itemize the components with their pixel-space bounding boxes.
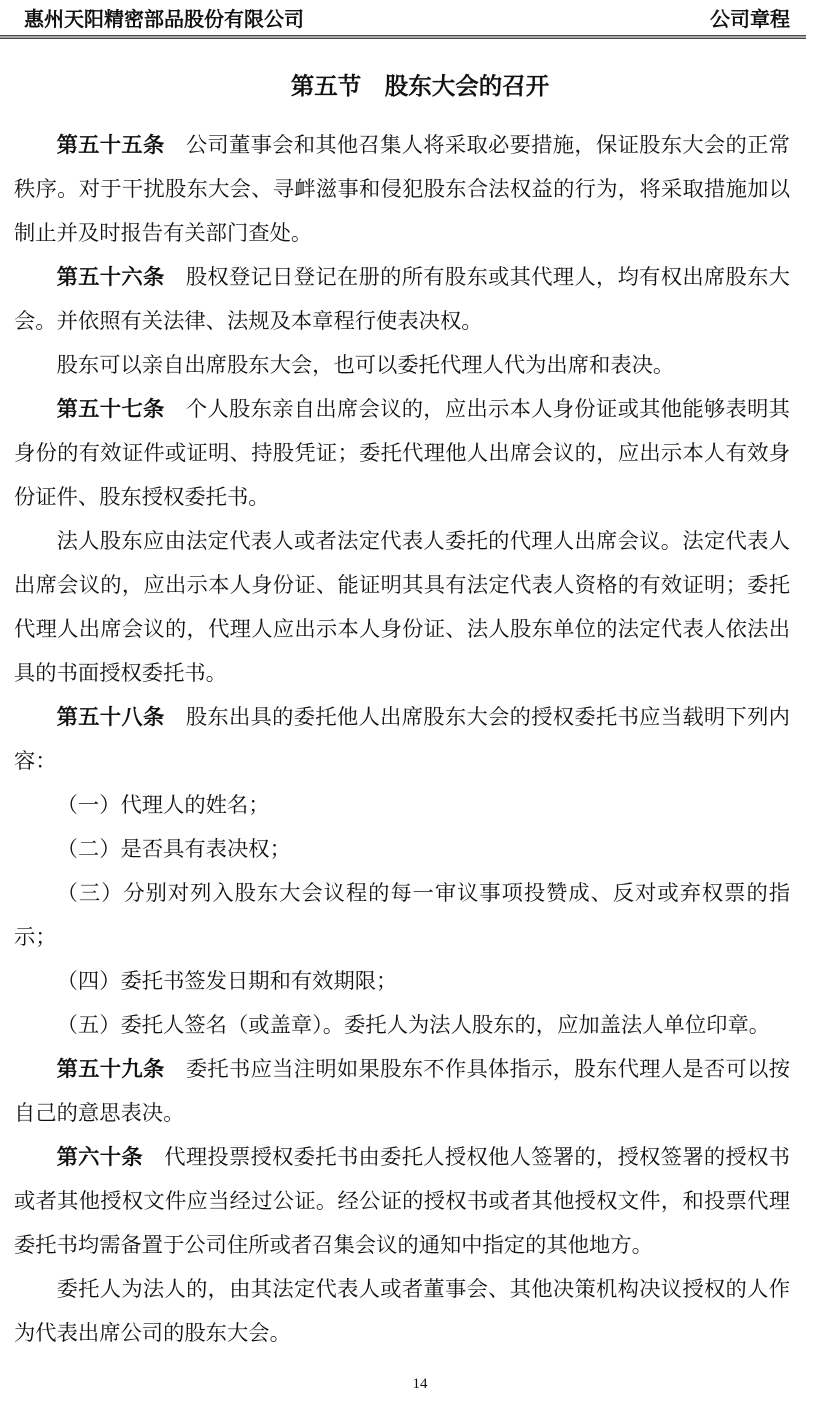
paragraph-text: （二）是否具有表决权； [57, 837, 291, 861]
paragraph: 第五十七条个人股东亲自出席会议的，应出示本人身份证或其他能够表明其身份的有效证件… [14, 387, 790, 519]
paragraph-text: （五）委托人签名（或盖章）。委托人为法人股东的，应加盖法人单位印章。 [57, 1013, 770, 1037]
paragraph: 法人股东应由法定代表人或者法定代表人委托的代理人出席会议。法定代表人出席会议的，… [14, 519, 790, 695]
paragraph-text: （四）委托书签发日期和有效期限； [57, 969, 398, 993]
paragraph: 第六十条代理投票授权委托书由委托人授权他人签署的，授权签署的授权书或者其他授权文… [14, 1135, 790, 1267]
article-number: 第五十六条 [57, 265, 165, 289]
article-number: 第五十七条 [57, 397, 165, 421]
document-page: 惠州天阳精密部品股份有限公司 公司章程 第五节 股东大会的召开 第五十五条公司董… [0, 0, 840, 1411]
document-body: 第五十五条公司董事会和其他召集人将采取必要措施，保证股东大会的正常秩序。对于干扰… [14, 123, 790, 1355]
paragraph: （五）委托人签名（或盖章）。委托人为法人股东的，应加盖法人单位印章。 [14, 1003, 790, 1047]
page-header: 惠州天阳精密部品股份有限公司 公司章程 [0, 0, 840, 32]
article-number: 第五十八条 [57, 705, 165, 729]
article-number: 第五十五条 [57, 133, 165, 157]
paragraph: （一）代理人的姓名； [14, 783, 790, 827]
paragraph: （二）是否具有表决权； [14, 827, 790, 871]
paragraph-text: （三）分别对列入股东大会议程的每一审议事项投赞成、反对或弃权票的指示； [14, 881, 790, 949]
page-number: 14 [413, 1376, 428, 1392]
paragraph: （四）委托书签发日期和有效期限； [14, 959, 790, 1003]
article-number: 第六十条 [57, 1145, 143, 1169]
paragraph: 第五十八条股东出具的委托他人出席股东大会的授权委托书应当载明下列内容： [14, 695, 790, 783]
header-document-title: 公司章程 [710, 8, 790, 32]
paragraph-text: 股东可以亲自出席股东大会，也可以委托代理人代为出席和表决。 [57, 353, 675, 377]
paragraph: 第五十六条股权登记日登记在册的所有股东或其代理人，均有权出席股东大会。并依照有关… [14, 255, 790, 343]
section-title: 第五节 股东大会的召开 [0, 65, 840, 109]
paragraph-text: 委托人为法人的，由其法定代表人或者董事会、其他决策机构决议授权的人作为代表出席公… [14, 1277, 790, 1345]
header-rule [0, 35, 806, 39]
paragraph-text: 法人股东应由法定代表人或者法定代表人委托的代理人出席会议。法定代表人出席会议的，… [14, 529, 790, 685]
paragraph: 股东可以亲自出席股东大会，也可以委托代理人代为出席和表决。 [14, 343, 790, 387]
paragraph-text: （一）代理人的姓名； [57, 793, 270, 817]
paragraph: 第五十九条委托书应当注明如果股东不作具体指示，股东代理人是否可以按自己的意思表决… [14, 1047, 790, 1135]
paragraph: 第五十五条公司董事会和其他召集人将采取必要措施，保证股东大会的正常秩序。对于干扰… [14, 123, 790, 255]
article-number: 第五十九条 [57, 1057, 165, 1081]
paragraph: （三）分别对列入股东大会议程的每一审议事项投赞成、反对或弃权票的指示； [14, 871, 790, 959]
page-footer: 14 [0, 1375, 840, 1393]
header-company-name: 惠州天阳精密部品股份有限公司 [24, 8, 304, 32]
paragraph: 委托人为法人的，由其法定代表人或者董事会、其他决策机构决议授权的人作为代表出席公… [14, 1267, 790, 1355]
